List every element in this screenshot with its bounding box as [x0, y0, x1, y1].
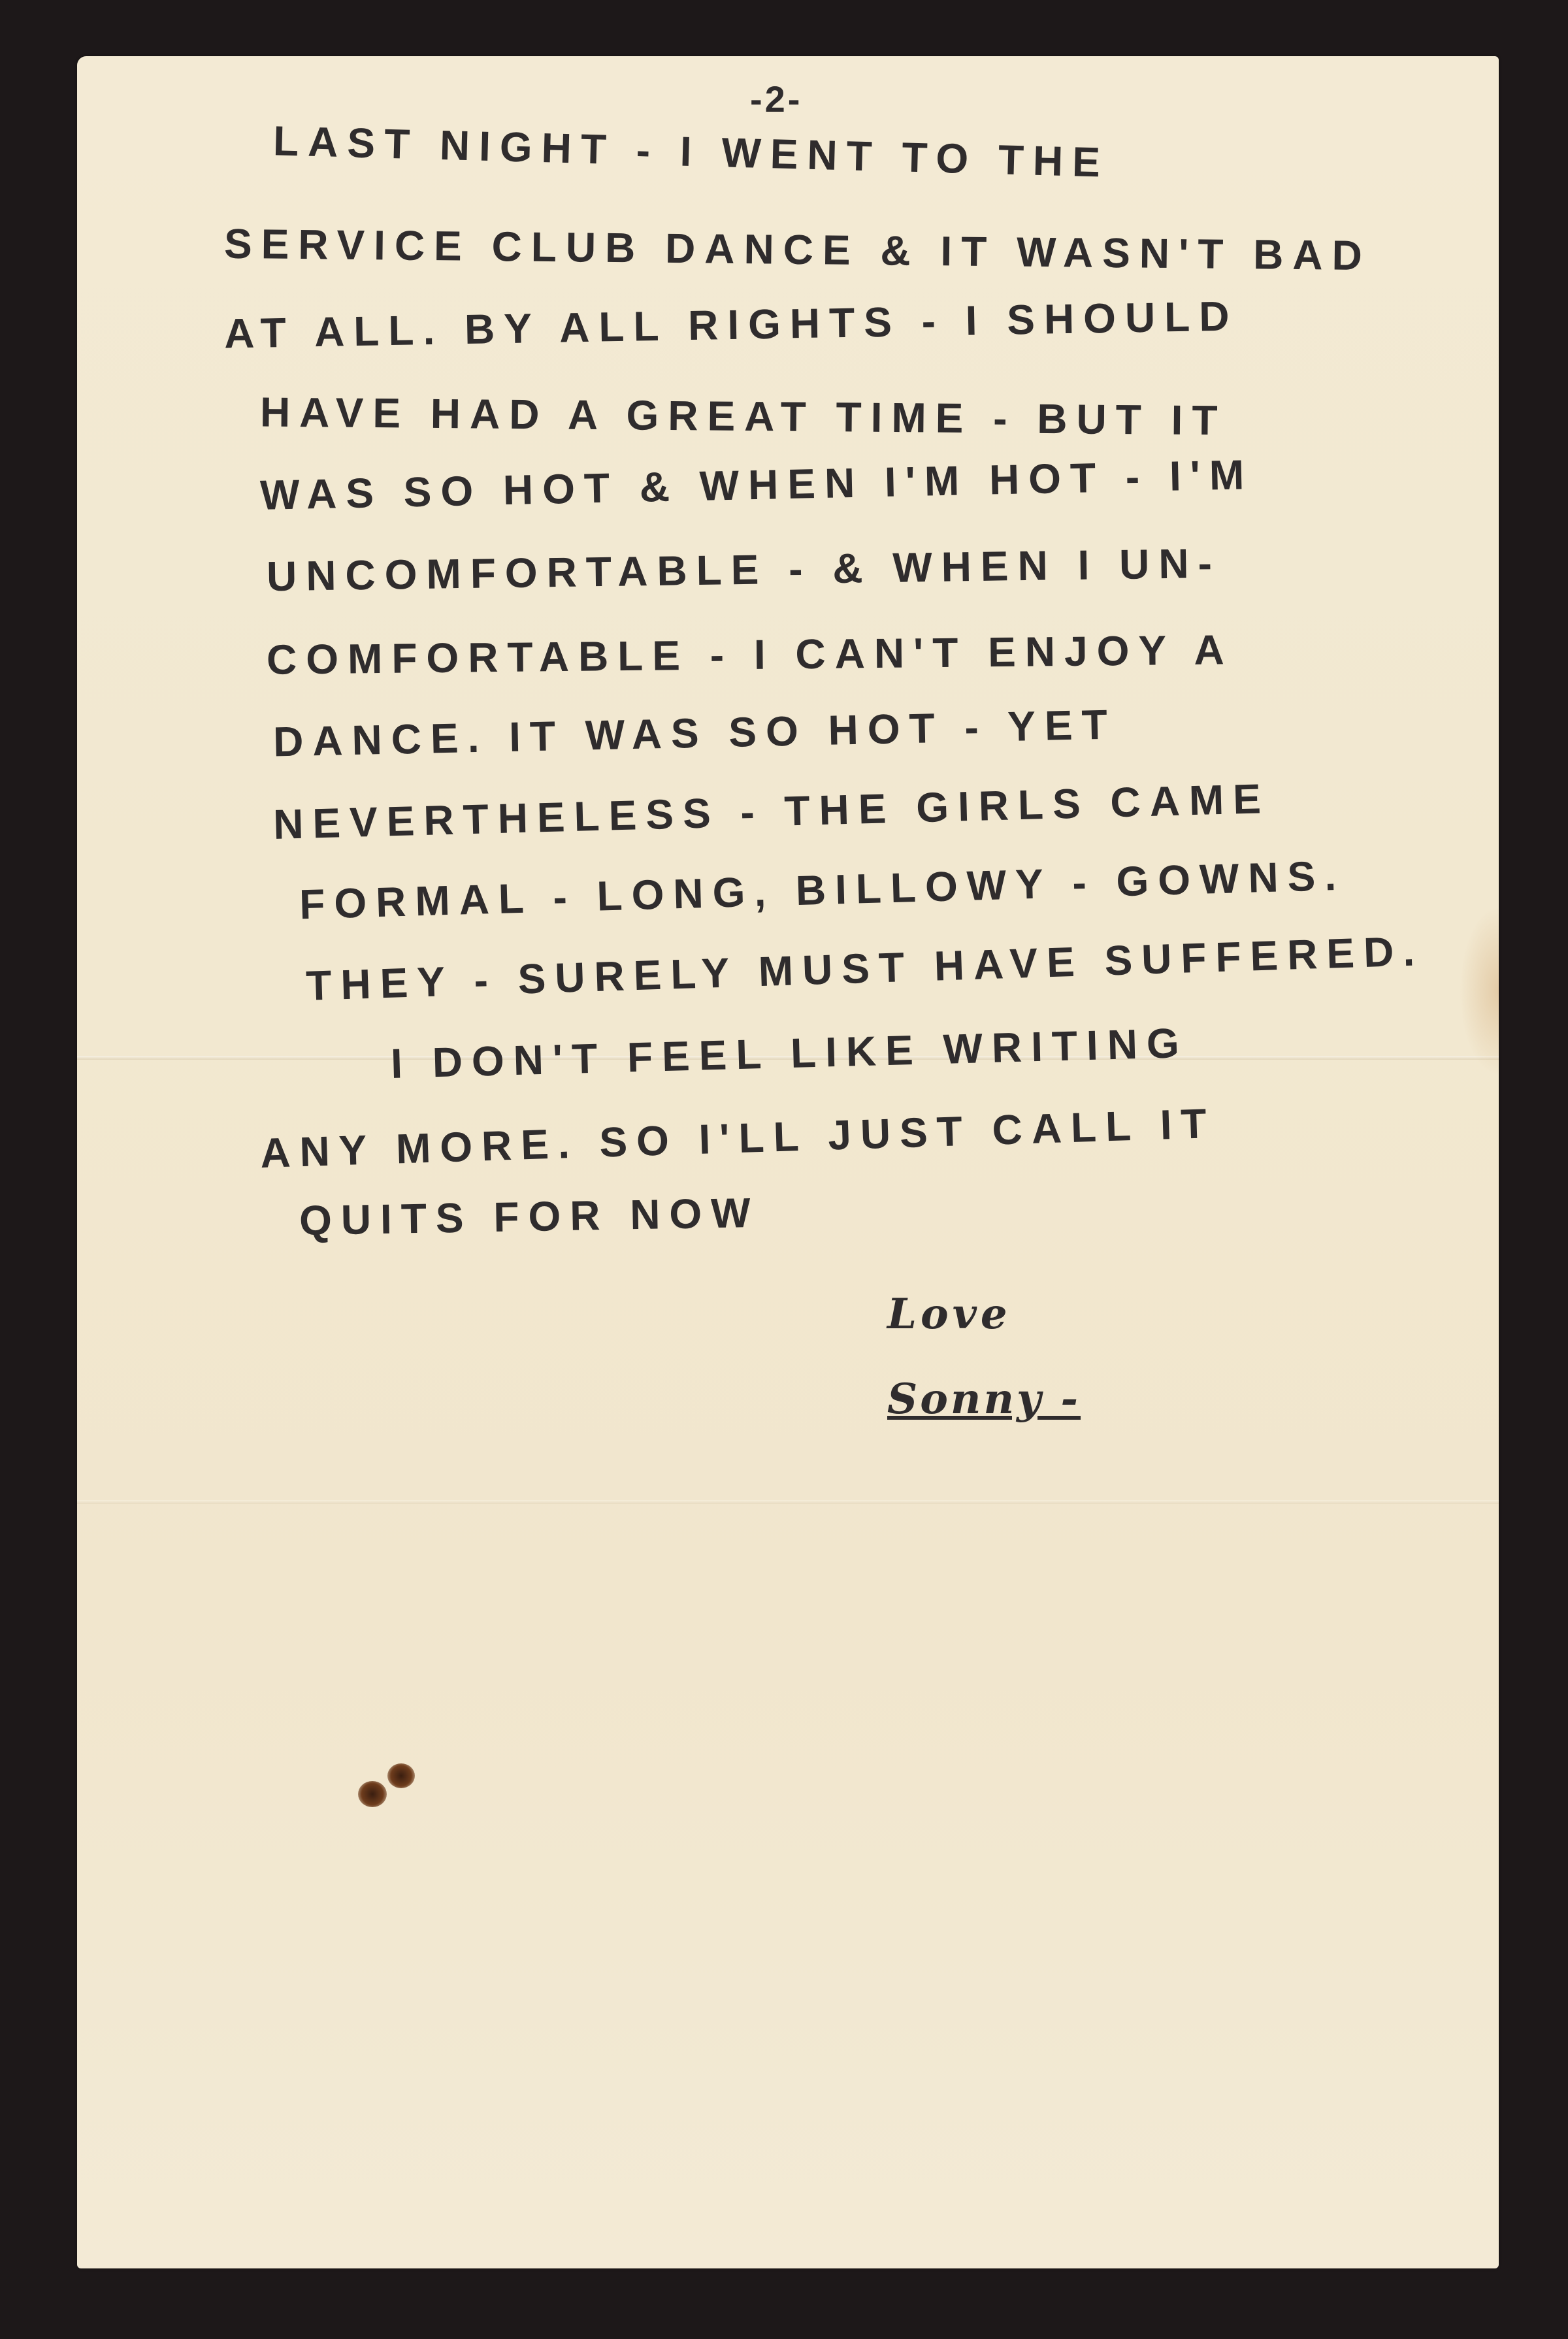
letter-line: formal - long, billowy - gowns.: [299, 852, 1346, 928]
letter-line: Service club dance & it wasn't bad: [224, 220, 1372, 279]
letter-line: nevertheless - the girls came: [272, 775, 1270, 848]
letter-line: quits for now: [299, 1189, 760, 1244]
letter-closing: Love: [887, 1291, 1011, 1338]
letter-line: at all. By all rights - I should: [223, 292, 1239, 357]
letter-line: have had a great time - but it: [260, 389, 1227, 444]
ink-spot: [387, 1763, 415, 1788]
page-number: -2-: [750, 76, 802, 123]
letter-line: comfortable - I can't enjoy a: [267, 626, 1233, 683]
letter-line: any more. So I'll just call it: [259, 1100, 1216, 1177]
letter-page: -2- Last night - I went to the Service c…: [77, 56, 1499, 2268]
letter-line: They - surely must have suffered.: [305, 927, 1424, 1009]
letter-line: uncomfortable - & when I un-: [267, 540, 1222, 600]
handwritten-text: -2- Last night - I went to the Service c…: [77, 56, 1499, 2268]
letter-line: I don't feel like writing: [390, 1019, 1188, 1087]
letter-signature: Sonny -: [887, 1376, 1081, 1423]
letter-line: Last night - I went to the: [272, 117, 1110, 186]
ink-spot: [358, 1781, 387, 1807]
letter-line: dance. It was so hot - yet: [272, 700, 1117, 765]
letter-line: was so hot & when I'm hot - I'm: [259, 451, 1254, 519]
